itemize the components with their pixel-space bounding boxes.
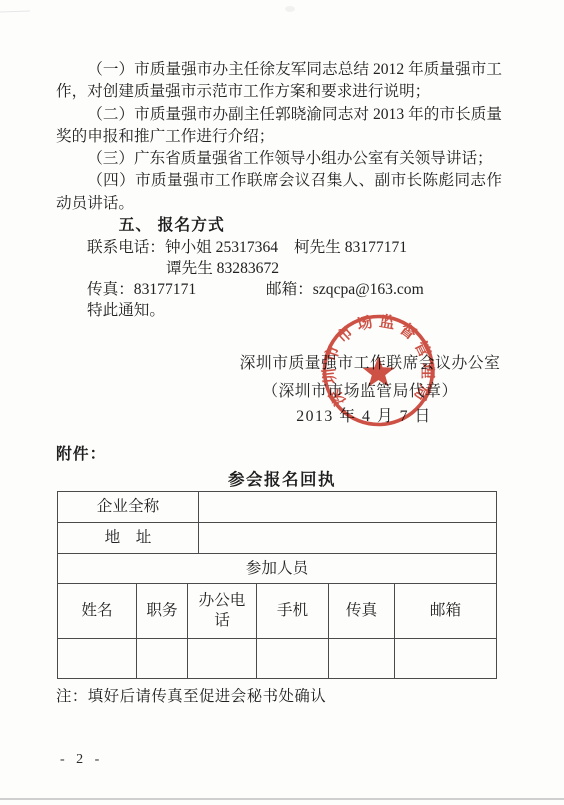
contact-phone-line-2: 谭先生 83283672 <box>56 258 502 279</box>
attachment-label: 附件： <box>56 441 106 464</box>
phone-contact-3: 谭先生 83283672 <box>166 260 279 277</box>
column-header-mobile: 手机 <box>257 584 329 638</box>
paragraph-item-4: （四）市质量强市工作联席会议召集人、副市长陈彪同志作动员讲话。 <box>56 170 502 215</box>
scan-artifact <box>285 6 295 12</box>
entry-cell-office-phone <box>188 639 257 678</box>
table-row-company: 企业全称 <box>58 492 496 523</box>
contact-phone-line: 联系电话：钟小姐 25317364柯先生 83177171 <box>56 237 502 258</box>
column-header-name: 姓名 <box>58 584 137 638</box>
closing-text: 特此通知。 <box>87 302 165 319</box>
entry-cell-mobile <box>257 639 329 678</box>
column-header-email: 邮箱 <box>395 584 496 638</box>
form-note: 注：填好后请传真至促进会秘书处确认 <box>56 684 326 706</box>
scan-bottom-edge <box>0 798 564 800</box>
official-seal-stamp: 深圳市市场监督管理局 <box>320 312 437 429</box>
paragraph-item-1: （一）市质量强市办主任徐友军同志总结 2012 年质量强市工作，对创建质量强市示… <box>56 59 502 104</box>
email-value: 邮箱：szqcpa@163.com <box>266 281 424 298</box>
phone-contact-1: 钟小姐 25317364 <box>165 239 278 256</box>
participants-label: 参加人员 <box>58 554 496 583</box>
entry-cell-email <box>395 639 496 678</box>
scan-artifact <box>0 10 30 12</box>
column-header-fax: 传真 <box>329 584 395 638</box>
column-header-office-phone: 办公电话 <box>188 584 257 638</box>
entry-cell-name <box>58 639 137 678</box>
paragraph-item-3: （三）广东省质量强省工作领导小组办公室有关领导讲话； <box>56 148 502 170</box>
address-label: 地 址 <box>58 523 199 553</box>
stamp-star-icon <box>362 356 394 387</box>
page-number: - 2 - <box>60 752 103 768</box>
section-heading-registration: 五、 报名方式 <box>56 215 502 237</box>
company-name-input-cell <box>199 492 496 522</box>
entry-cell-title <box>137 639 188 678</box>
registration-form-table: 企业全称 地 址 参加人员 姓名 职务 办公电话 手机 传真 邮箱 <box>57 491 497 679</box>
column-header-title: 职务 <box>137 584 188 638</box>
form-title: 参会报名回执 <box>228 466 336 490</box>
phone-label: 联系电话： <box>87 239 165 256</box>
phone-contact-2: 柯先生 83177171 <box>294 239 407 256</box>
table-row-participants-header: 参加人员 <box>58 554 496 584</box>
address-input-cell <box>199 523 496 553</box>
table-row-empty-entry <box>58 639 496 678</box>
table-row-address: 地 址 <box>58 523 496 554</box>
document-body: （一）市质量强市办主任徐友军同志总结 2012 年质量强市工作，对创建质量强市示… <box>56 59 502 321</box>
scanned-notice-page: （一）市质量强市办主任徐友军同志总结 2012 年质量强市工作，对创建质量强市示… <box>0 0 564 805</box>
fax-value: 传真：83177171 <box>87 279 266 300</box>
paragraph-item-2: （二）市质量强市办副主任郭晓渝同志对 2013 年的市长质量奖的申报和推广工作进… <box>56 104 502 149</box>
table-row-column-headers: 姓名 职务 办公电话 手机 传真 邮箱 <box>58 584 496 639</box>
entry-cell-fax <box>329 639 395 678</box>
contact-fax-email-line: 传真：83177171邮箱：szqcpa@163.com <box>56 279 502 300</box>
company-name-label: 企业全称 <box>58 492 199 522</box>
